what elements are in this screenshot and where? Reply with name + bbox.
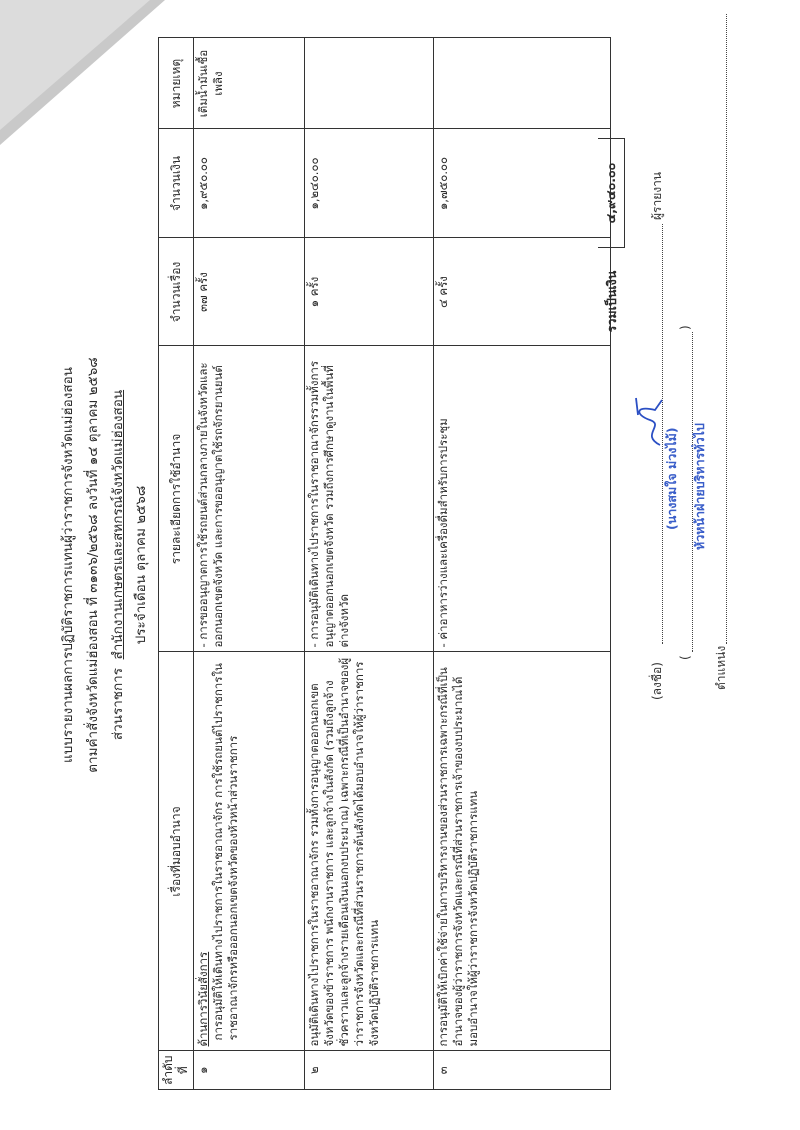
table-row: ๑ ด้านการวินัยสั่งการ การอนุมัติให้เดินท…	[194, 38, 305, 1090]
agency-name: สำนักงานเกษตรและสหกรณ์จังหวัดแม่ฮ่องสอน	[110, 390, 126, 660]
cell-detail: - ค่าอาหารว่างและเครื่องดื่มสำหรับการประ…	[434, 346, 611, 652]
reporter-label: ผู้รายงาน	[648, 172, 667, 220]
cell-no: ๒	[305, 1051, 434, 1090]
name-paren-open: (	[678, 655, 692, 660]
document-page: แบบรายงานผลการปฏิบัติราชการแทนผู้ว่าราชก…	[0, 0, 800, 1130]
matter-text: การอนุมัติให้เดินทางไปราชการในราชอาณาจัก…	[211, 656, 241, 1046]
cell-count: ๓๗ ครั้ง	[194, 238, 305, 346]
col-header-matter: เรื่องที่มอบอำนาจ	[159, 652, 194, 1051]
table-row: ๓ การอนุมัติให้เบิกค่าใช้จ่ายในการบริหาร…	[434, 38, 611, 1090]
cell-count: ๑ ครั้ง	[305, 238, 434, 346]
name-paren-close: )	[678, 325, 692, 330]
cell-remark	[434, 38, 611, 129]
cell-amount: ๑,๗๕๐.๐๐	[434, 129, 611, 238]
cell-detail: - การอนุมัติเดินทางไปราชการในราชอาณาจักร…	[305, 346, 434, 652]
agency-line: ส่วนราชการ สำนักงานเกษตรและสหกรณ์จังหวัด…	[110, 0, 126, 1130]
cell-remark	[305, 38, 434, 129]
cell-remark: เติมน้ำมันเชื้อเพลิง	[194, 38, 305, 129]
position-line	[712, 14, 727, 644]
table-row: ๒ อนุมัติเดินทางไปราชการในราชอาณาจักร รว…	[305, 38, 434, 1090]
section-heading: ด้านการวินัยสั่งการ	[196, 656, 211, 1046]
col-header-detail: รายละเอียดการใช้อำนาจ	[159, 346, 194, 652]
report-table: ลำดับที่ เรื่องที่มอบอำนาจ รายละเอียดการ…	[158, 37, 611, 1090]
cell-matter: อนุมัติเดินทางไปราชการในราชอาณาจักร รวมท…	[305, 652, 434, 1051]
cell-amount: ๑,๒๔๐.๐๐	[305, 129, 434, 238]
cell-amount: ๑,๙๕๐.๐๐	[194, 129, 305, 238]
total-label: รวมเป็นเงิน	[598, 248, 626, 355]
order-reference: ตามคำสั่งจังหวัดแม่ฮ่องสอน ที่ ๓๑๓๖/๒๕๖๘…	[85, 0, 101, 1130]
cell-detail: - การขออนุญาตการใช้รถยนต์ส่วนกลางภายในจั…	[194, 346, 305, 652]
agency-prefix: ส่วนราชการ	[110, 668, 126, 740]
col-header-remark: หมายเหตุ	[159, 38, 194, 129]
report-title: แบบรายงานผลการปฏิบัติราชการแทนผู้ว่าราชก…	[60, 0, 76, 1130]
col-header-no: ลำดับที่	[159, 1051, 194, 1090]
cell-matter: ด้านการวินัยสั่งการ การอนุมัติให้เดินทาง…	[194, 652, 305, 1051]
signer-name-stamp: (นางสมใจ ม่วงไม้)	[662, 427, 682, 530]
cell-matter: การอนุมัติให้เบิกค่าใช้จ่ายในการบริหารงา…	[434, 652, 611, 1051]
position-stamp: หัวหน้าฝ่ายบริหารทั่วไป	[690, 423, 710, 550]
position-label: ตำแหน่ง	[712, 646, 731, 690]
col-header-count: จำนวนเรื่อง	[159, 238, 194, 346]
table-header-row: ลำดับที่ เรื่องที่มอบอำนาจ รายละเอียดการ…	[159, 38, 194, 1090]
col-header-amount: จำนวนเงิน	[159, 129, 194, 238]
cell-count: ๔ ครั้ง	[434, 238, 611, 346]
total-amount: ๔,๙๔๐.๐๐	[598, 138, 625, 248]
cell-no: ๑	[194, 1051, 305, 1090]
sign-label: (ลงชื่อ)	[648, 662, 667, 700]
cell-no: ๓	[434, 1051, 611, 1090]
report-month: ประจำเดือน ตุลาคม ๒๕๖๘	[133, 0, 149, 1130]
